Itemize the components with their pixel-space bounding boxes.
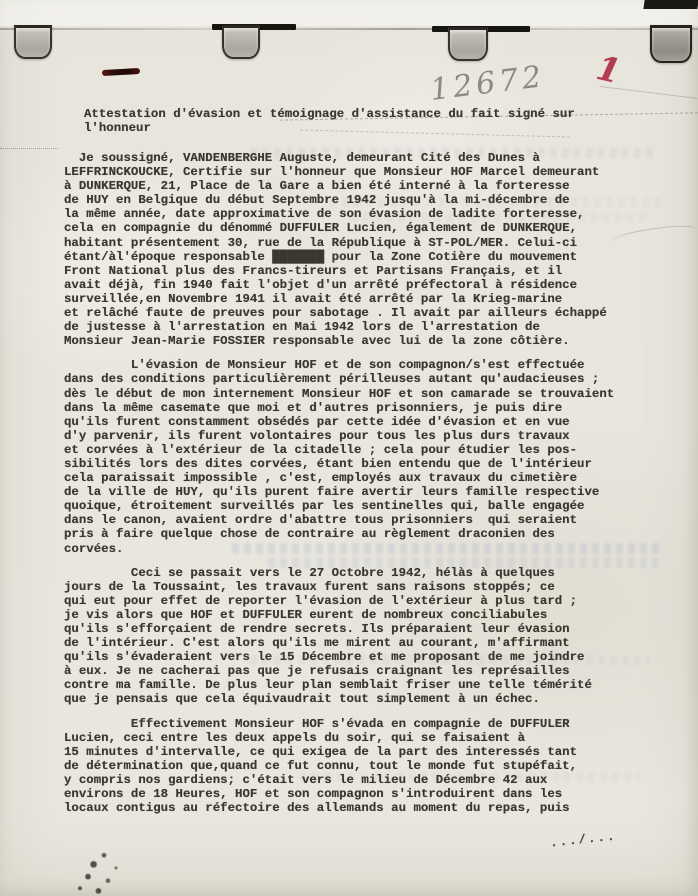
text-line: cela paraissait impossible , c'est, empl… [64, 471, 664, 485]
text-line: qu'ils s'évaderaient vers le 15 Décembre… [64, 650, 664, 664]
top-right-corner-mark [643, 0, 698, 9]
binding-clip-3 [448, 27, 488, 61]
text-line: dans le canon, avaient ordre d'abattre t… [64, 513, 664, 527]
page-number-handwritten: 1 [593, 48, 624, 91]
binding-clip-2 [222, 25, 260, 59]
binding-clip-4 [650, 25, 692, 63]
text-line: qu'ils furent constamment obsédés par ce… [64, 415, 664, 429]
page-top-edge [0, 0, 698, 26]
text-line: L'évasion de Monsieur HOF et de son comp… [64, 358, 664, 372]
binding-clip-1 [14, 25, 52, 59]
text-line: de la ville de HUY, qu'ils purent faire … [64, 485, 664, 499]
red-ink-dash [102, 68, 140, 76]
text-line: cela en compagnie du dénommé DUFFULER Lu… [64, 221, 664, 235]
pencil-scratch-line [0, 148, 58, 149]
text-line: Je soussigné, VANDENBERGHE Auguste, deme… [64, 151, 664, 165]
scanned-document-page: 12672 1 Attestation d'évasion et témoign… [0, 0, 698, 896]
text-line: et corvées à l'extérieur de la citadelle… [64, 443, 664, 457]
text-line: surveillée,en Novembre 1941 il avait été… [64, 292, 664, 306]
text-line: la même année, date approximative de son… [64, 207, 664, 221]
text-line: habitant présentement 30, rue de la Répu… [64, 236, 664, 250]
text-line: y compris nos gardiens; c'était vers le … [64, 773, 664, 787]
text-line: étant/àl'époque responsable ███████ pour… [64, 250, 664, 264]
text-line: et relâché faute de preuves pour sabotag… [64, 306, 664, 320]
paragraph-4: Effectivement Monsieur HOF s'évada en co… [64, 717, 664, 816]
text-line: qui eut pour effet de reporter l'évasion… [64, 594, 664, 608]
text-line: à eux. Je ne cacherai pas que je refusai… [64, 664, 664, 678]
text-line: à DUNKERQUE, 21, Place de la Gare a bien… [64, 179, 664, 193]
text-line: jours de la Toussaint, les travaux furen… [64, 580, 664, 594]
text-line: d'y parvenir, ils furent volontaires pou… [64, 429, 664, 443]
text-line: que je pensais que cela équivaudrait tou… [64, 692, 664, 706]
document-body: Je soussigné, VANDENBERGHE Auguste, deme… [64, 151, 664, 825]
text-line: LEFFRINCKOUCKE, Certifie sur l'honneur q… [64, 165, 664, 179]
continuation-mark: .../... [549, 830, 617, 851]
archival-number-handwritten: 12672 [428, 59, 547, 108]
paragraph-2: L'évasion de Monsieur HOF et de son comp… [64, 358, 664, 555]
text-line: avait déjà, fin 1940 fait l'objet d'un a… [64, 278, 664, 292]
text-line: corvées. [64, 542, 664, 556]
text-line: je vis alors que HOF et DUFFULER eurent … [64, 608, 664, 622]
text-line: de justesse à l'arrestation en Mai 1942 … [64, 320, 664, 334]
text-line: l'honneur [84, 121, 575, 135]
paragraph-1: Je soussigné, VANDENBERGHE Auguste, deme… [64, 151, 664, 348]
text-line: Attestation d'évasion et témoignage d'as… [84, 107, 575, 121]
text-line: dans la même casemate que moi et d'autre… [64, 401, 664, 415]
text-line: pris à faire quelque chose de contraire … [64, 527, 664, 541]
text-line: dans des conditions particulièrement pér… [64, 372, 664, 386]
text-line: Monsieur Jean-Marie FOSSIER responsable … [64, 334, 664, 348]
text-line: de détermination que,quand ce fut connu,… [64, 759, 664, 773]
text-line: Lucien, ceci entre les deux appels du so… [64, 731, 664, 745]
paragraph-3: Ceci se passait vers le 27 Octobre 1942,… [64, 566, 664, 707]
text-line: sibilités lors des dites corvées, étant … [64, 457, 664, 471]
text-line: dès le début de mon internement Monsieur… [64, 387, 664, 401]
pencil-scratch-line [600, 86, 697, 99]
document-title: Attestation d'évasion et témoignage d'as… [84, 107, 575, 135]
text-line: contre ma famille. De plus leur plan sem… [64, 678, 664, 692]
text-line: 15 minutes d'intervalle, ce qui exigea d… [64, 745, 664, 759]
text-line: qu'ils s'efforçaient de rendre secrets. … [64, 622, 664, 636]
text-line: de HUY en Belgique du début Septembre 19… [64, 193, 664, 207]
text-line: Effectivement Monsieur HOF s'évada en co… [64, 717, 664, 731]
text-line: environs de 18 Heures, HOF et son compag… [64, 787, 664, 801]
text-line: Ceci se passait vers le 27 Octobre 1942,… [64, 566, 664, 580]
text-line: locaux contigus au réfectoire des allema… [64, 801, 664, 815]
text-line: de l'intérieur. C'est alors qu'ils me mi… [64, 636, 664, 650]
text-line: quoique, étroitement surveillés par les … [64, 499, 664, 513]
text-line: Front National plus des Francs-tireurs e… [64, 264, 664, 278]
ink-speckle [60, 845, 140, 896]
scan-edge-line [0, 28, 698, 30]
